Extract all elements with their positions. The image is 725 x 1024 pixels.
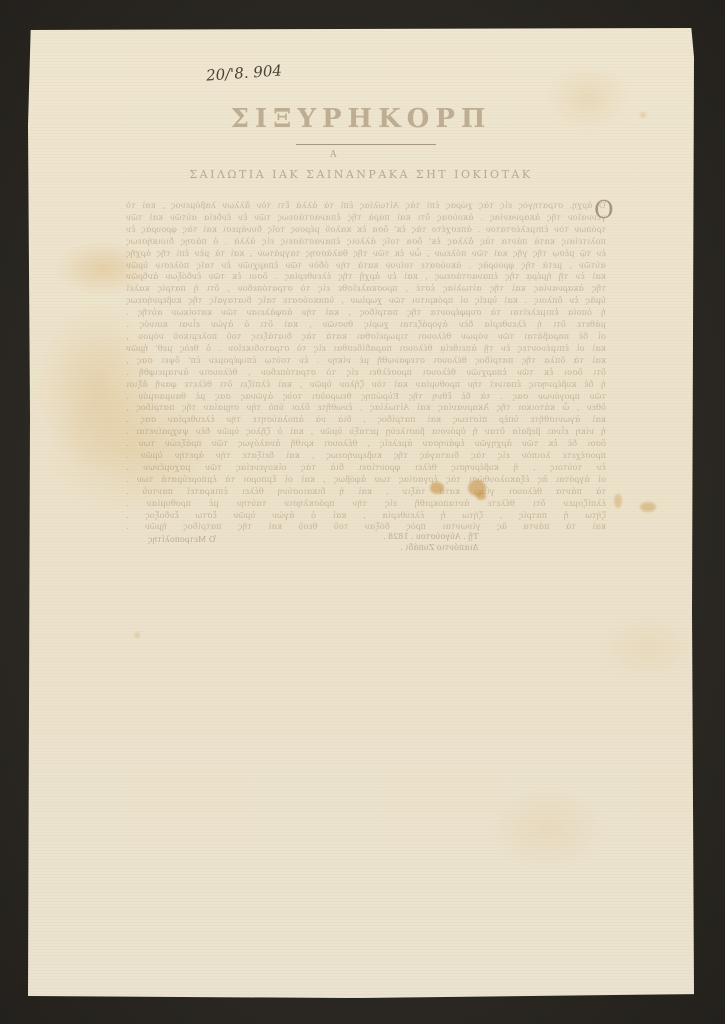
body-line: τῆς ἀκαρνανίας καὶ τῆς αἰτωλίας ἐστὲ , π… xyxy=(126,283,606,295)
signature-place: Διαπόντιο Ζυπάδι . xyxy=(383,542,479,553)
body-line: πολιτείαις κατὰ πάντα τὰς ἄλλας ἐκ' ὅσα … xyxy=(126,236,606,248)
body-line: ζήτω ἡ πατρίς , ζήτω ἡ ἐλευθερία , καὶ ὁ… xyxy=(126,510,606,522)
body-line: ὅτι ὅσοι ἐκ τῶν ἐπαρχιῶν θέλουσι προσέλθ… xyxy=(126,367,606,379)
stain-spot xyxy=(134,632,140,638)
body-line: οἱ ἀγρόται ἂς ἐξακολουθῶσι τὰς ἐργασίας … xyxy=(126,474,606,486)
body-line: Ὁ ἀρχη. στρατηγὸς εἰς τὰς χώρας ἐπὶ τὰς … xyxy=(126,200,606,212)
signature-name: Ὁ Μετροπολίτης xyxy=(148,535,216,544)
document-body: Ὁ ἀρχη. στρατηγὸς εἰς τὰς χώρας ἐπὶ τὰς … xyxy=(126,200,606,533)
title-divider xyxy=(296,144,436,145)
body-line: προσέχετε λοιπὸν εἰς τὰς διαταγὰς τῆς κυ… xyxy=(126,450,606,462)
body-line: τρόπων τὸν ἐπιμελέστατον . ἀπεσχέτο τὰς … xyxy=(126,224,606,236)
body-line: ἐν τῷ μέσῳ τῆς γῆς καὶ τῶν πόλεων , ὧν ἐ… xyxy=(126,248,606,260)
body-line: ἐν τούτοις , ἡ κυβέρνησις θέλει φροντίσε… xyxy=(126,462,606,474)
signature-block-date: Τῇ . Αὐγούστου . 1828 . Διαπόντιο Ζυπάδι… xyxy=(383,531,479,553)
document-title: ΣΙΞΥΡΗΚΟΡΠ xyxy=(28,104,694,134)
title-text: ΣΙΞΥΡΗΚΟΡΠ xyxy=(231,104,492,134)
body-line: ὅθεν , ὦ κάτοικοι τῆς Ἀκαρνανίας καὶ Αἰτ… xyxy=(126,402,606,414)
signature-block-name: Ὁ Μετροπολίτης xyxy=(148,535,216,544)
body-line: ὑμᾶς ἐν ὅπλοις . καὶ ὑμεῖς οἱ πρόκριτοι … xyxy=(126,295,606,307)
body-line: καὶ οἱ ἐπιμένοντες ἐν τῇ ἀπειθείᾳ θέλουσ… xyxy=(126,343,606,355)
body-line: ὅσοι δὲ ἐκ τῶν ἀρχηγῶν ἐφάνησαν ἀμελεῖς … xyxy=(126,438,606,450)
body-line: τὰ πάντα θέλουσι γίνει κατὰ τάξιν , καὶ … xyxy=(126,486,606,498)
subtitle-text: ΣΑΙΛΩΤΙΑ ΙΑΚ ΣΑΙΝΑΝΡΑΚΑ ΣΗΤ ΙΟΚΙΟΤΑΚ xyxy=(189,168,532,181)
stain-spot xyxy=(476,492,486,500)
body-line: καὶ ἐν τῇ ἡμέρᾳ τῆς ἐπαναστάσεως , καὶ ἐ… xyxy=(126,271,606,283)
body-line: καὶ τὰ ὅπλα τῆς πατρίδος θέλουσι στεφανω… xyxy=(126,355,606,367)
body-line: αὐτῶν , μετὰ τῆς φρουρᾶς . ἀκούσατε τοίν… xyxy=(126,260,606,272)
signature-date: Τῇ . Αὐγούστου . 1828 . xyxy=(383,531,479,542)
document-sheet: 20/'8. 904 ΣΙΞΥΡΗΚΟΡΠ A ΣΑΙΛΩΤΙΑ ΙΑΚ ΣΑΙ… xyxy=(28,28,694,998)
body-line: τῶν προγόνων σας . τὰ δὲ ἔθνη τῆς Εὐρώπη… xyxy=(126,391,606,403)
body-line: ἡ ὁποία ἐπιμελεῖται τὰ συμφέροντα τῆς πα… xyxy=(126,307,606,319)
body-line: ἐλπίζομεν ὅτι θέλετε ἀνταποκριθῆ εἰς τὴν… xyxy=(126,498,606,510)
body-line: ἡ δὲ κυβέρνησις ἐπαινεῖ τὴν προθυμίαν κα… xyxy=(126,379,606,391)
stain-spot xyxy=(640,502,656,512)
body-line: μάθετε ὅτι ἡ ἐλευθερία δὲν ἀγοράζεται χω… xyxy=(126,319,606,331)
stain-spot xyxy=(614,494,622,508)
handwritten-annotation: 20/'8. 904 xyxy=(205,61,282,84)
body-line: ἡ νίκη εἶναι βεβαία ὅταν ἡ ὁμόνοια βασιλ… xyxy=(126,426,606,438)
body-line: καὶ ἀγωνισθῆτε ὑπὲρ πίστεως καὶ πατρίδος… xyxy=(126,414,606,426)
divider-mark: A xyxy=(330,150,337,160)
body-line: καὶ τὰ πάντα ἂς γίνωνται πρὸς δόξαν τοῦ … xyxy=(126,521,606,533)
stain-spot xyxy=(430,482,444,494)
stain-spot xyxy=(640,112,646,118)
body-line: οἱ δὲ παραβάται τῶν νόμων θέλουσι τιμωρε… xyxy=(126,331,606,343)
body-line: γενναῖον τῆς ἀκαρνανίας . ἀκούσας ὅτι κα… xyxy=(126,212,606,224)
document-subtitle: ΣΑΙΛΩΤΙΑ ΙΑΚ ΣΑΙΝΑΝΡΑΚΑ ΣΗΤ ΙΟΚΙΟΤΑΚ xyxy=(28,168,694,181)
